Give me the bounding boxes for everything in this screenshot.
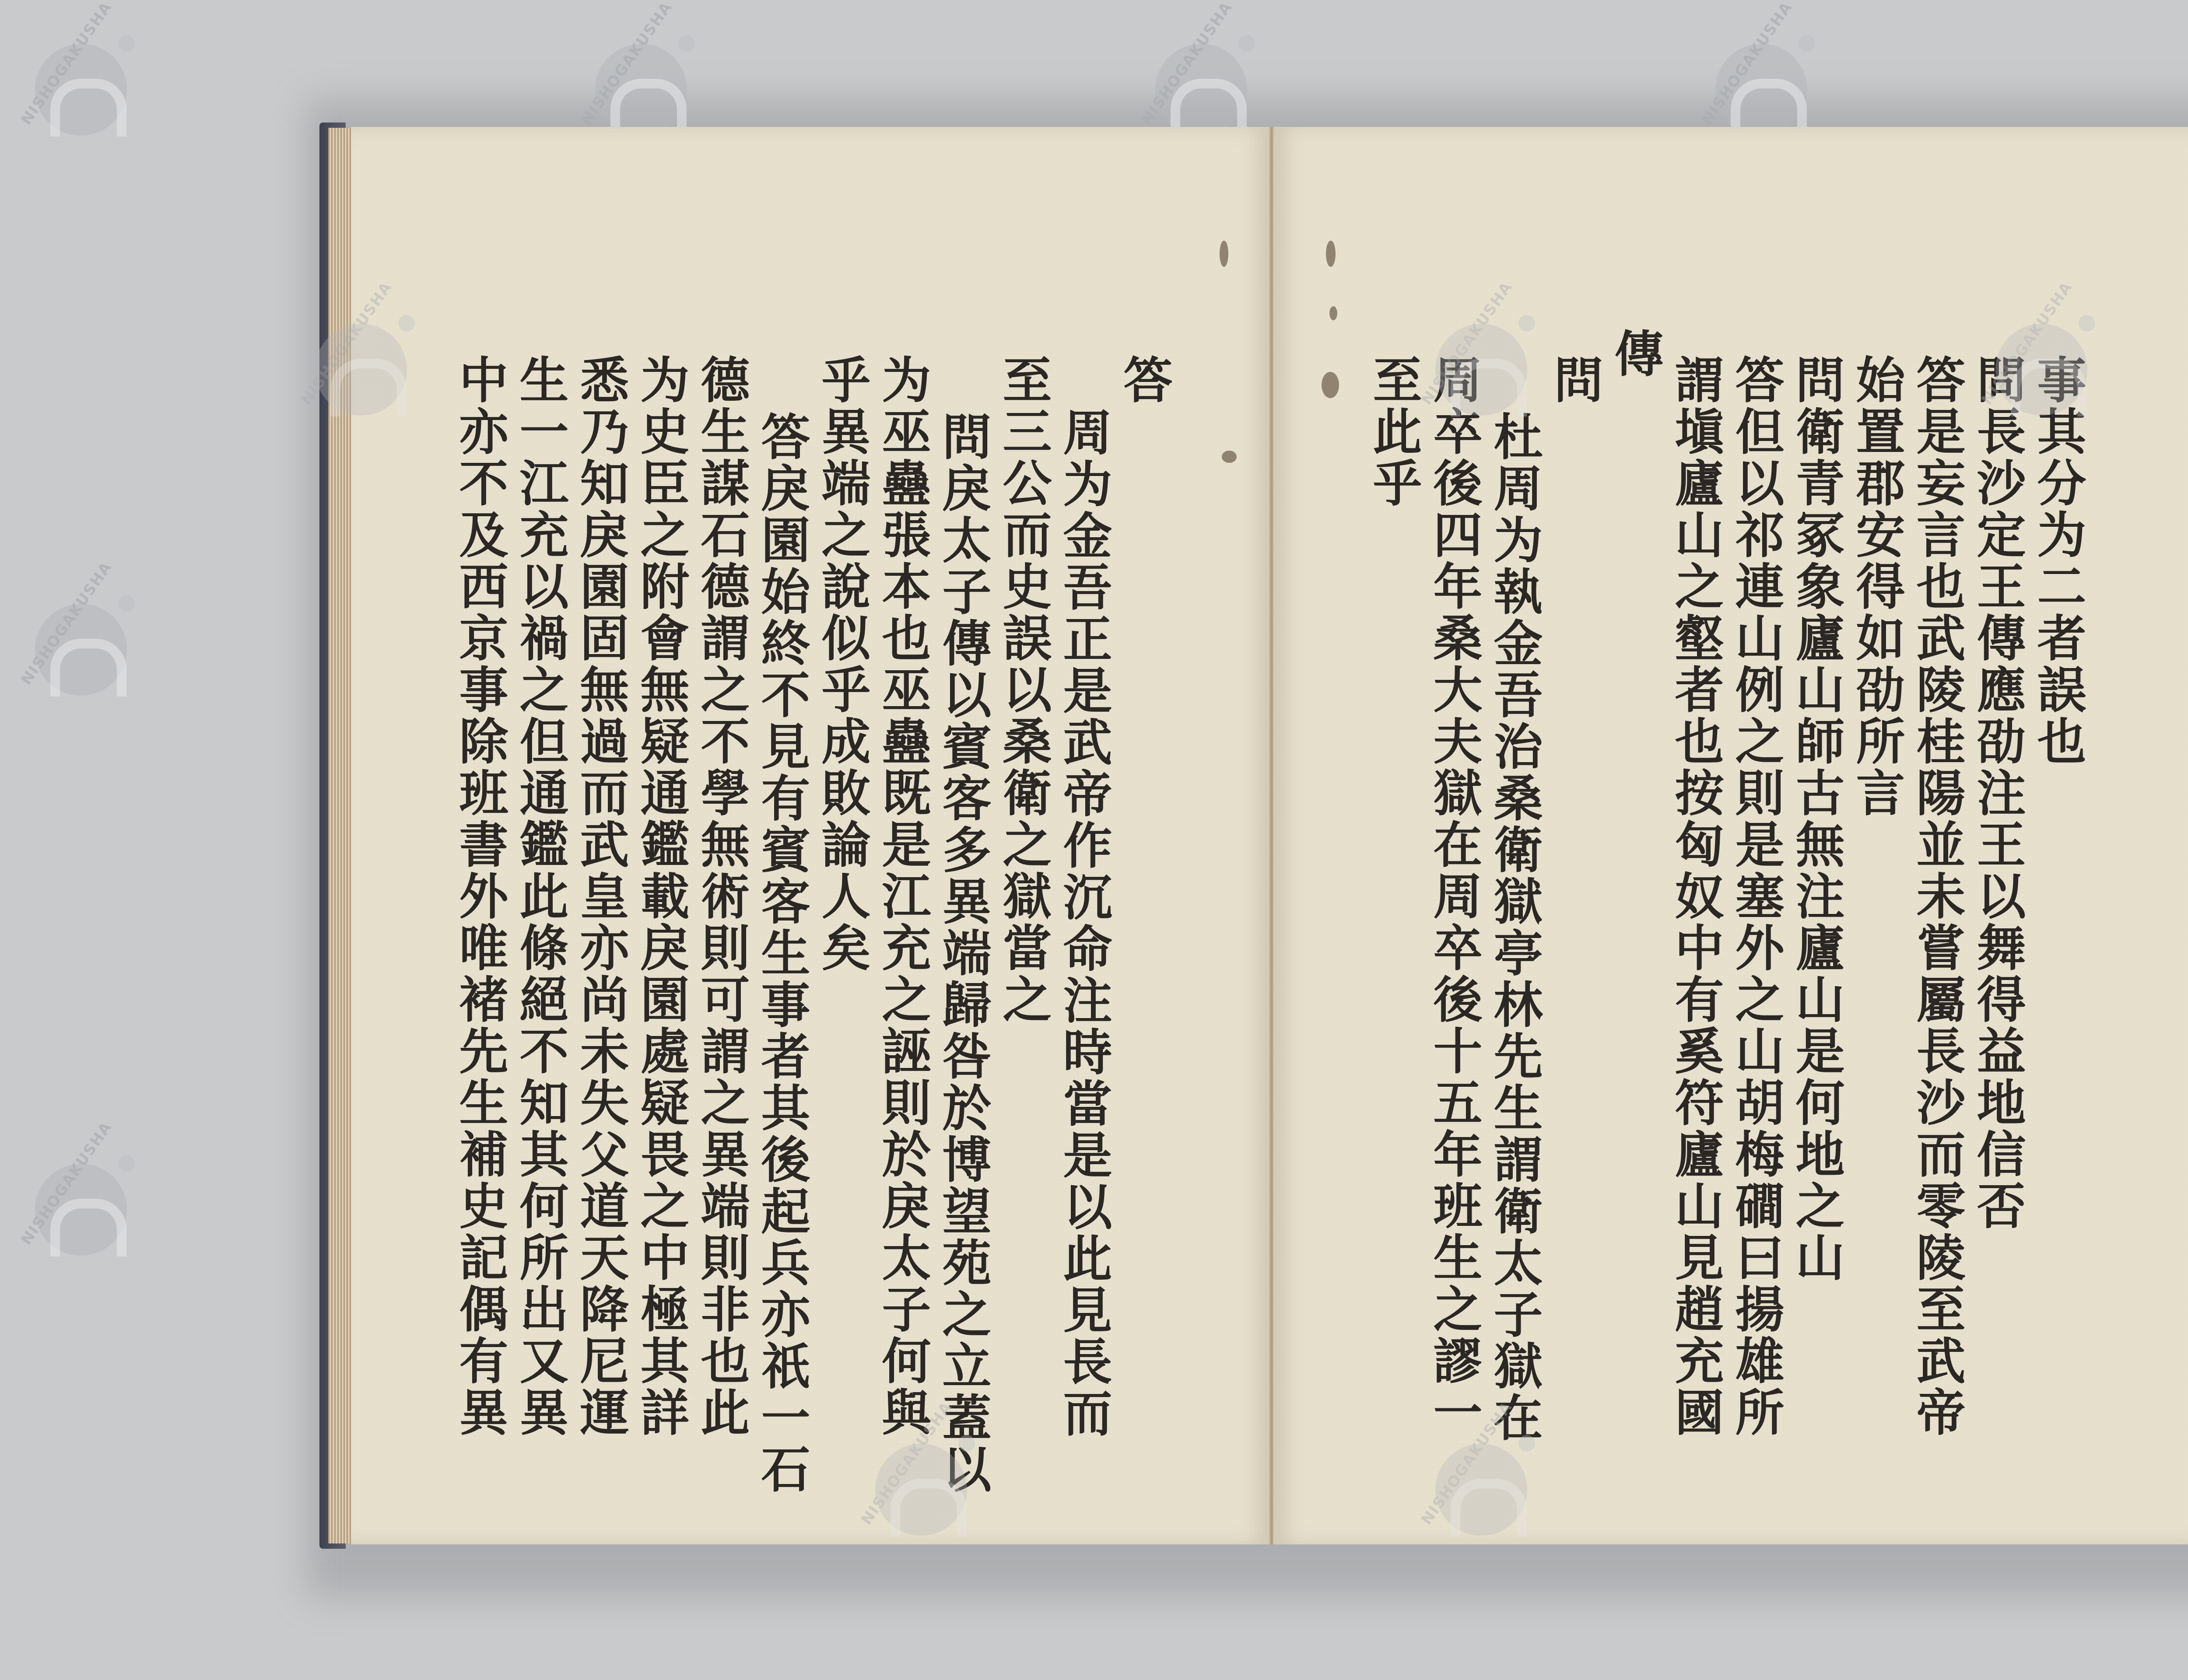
wormhole [1220, 241, 1228, 267]
watermark-dot [1799, 35, 1815, 52]
page-edges-left [328, 128, 352, 1543]
text-column: 答 [1116, 354, 1168, 1495]
text-column: 杜周为執金吾治桑衛獄亭林先生謂衛太子獄在 [1486, 354, 1539, 1444]
text-column: 至此乎 [1365, 354, 1418, 1444]
text-column: 答是妄言也武陵桂陽並未嘗屬長沙而零陵至武帝 [1909, 354, 1961, 1444]
text-column: 生一江充以禍之但通鑑此條絕不知其何所出又異 [512, 354, 565, 1495]
text-column: 事其分为二者誤也 [2030, 354, 2082, 1444]
left-page-text: 答 周为金吾正是武帝作沉命注時當是以此見長而 至三公而史誤以桑衛之獄當之 問戾太… [452, 354, 1168, 1495]
wormhole [1329, 306, 1337, 320]
text-column: 周为金吾正是武帝作沉命注時當是以此見長而 [1055, 311, 1108, 1495]
watermark-n-icon [50, 639, 126, 696]
text-column: 乎異端之說似乎成敗論人矣 [814, 354, 866, 1495]
text-column: 傳 [1607, 328, 1659, 1444]
text-column: 答但以祁連山例之則是塞外之山胡梅磵曰揚雄所 [1728, 354, 1780, 1444]
watermark-text: NISHOGAKUSHA [18, 0, 116, 128]
watermark-text: NISHOGAKUSHA [18, 559, 116, 688]
watermark-dot [678, 35, 695, 52]
text-column: 德生謀石德謂之不學無術則可謂之異端則非也此 [693, 354, 746, 1495]
watermark-dot [118, 1155, 135, 1172]
text-column: 問戾太子傳以賓客多異端歸咎於博望苑之立蓋以 [935, 354, 987, 1495]
right-page: 事其分为二者誤也 問長沙定王傳應劭注王以舞得益地信否 答是妄言也武陵桂陽並未嘗屬… [1273, 127, 2188, 1544]
right-page-text: 事其分为二者誤也 問長沙定王傳應劭注王以舞得益地信否 答是妄言也武陵桂陽並未嘗屬… [1365, 354, 2082, 1444]
watermark-n-icon [50, 1199, 126, 1256]
text-column: 为史臣之附會無疑通鑑載戾園處疑畏之中極其詳 [633, 354, 685, 1495]
watermark-dot [118, 35, 135, 52]
text-column: 問衛青冢象廬山師古無注廬山是何地之山 [1788, 354, 1841, 1444]
watermark-disc [35, 1164, 127, 1256]
text-column: 悉乃知戾園固無過而武皇亦尚未失父道天降尼運 [572, 354, 625, 1495]
watermark-disc [35, 44, 127, 136]
text-column: 問 [1546, 354, 1599, 1444]
watermark-logo: NISHOGAKUSHA [18, 1137, 149, 1269]
watermark-dot [1238, 35, 1255, 52]
text-column: 問長沙定王傳應劭注王以舞得益地信否 [1969, 354, 2022, 1444]
watermark-text: NISHOGAKUSHA [18, 1119, 116, 1248]
watermark-disc [35, 604, 127, 696]
text-column: 始置郡安得如劭所言 [1848, 354, 1901, 1444]
text-column: 答戾園始終不見有賓客生事者其後起兵亦祇一石 [754, 354, 806, 1495]
text-column: 至三公而史誤以桑衛之獄當之 [995, 354, 1048, 1495]
watermark-n-icon [50, 79, 126, 136]
left-page: 答 周为金吾正是武帝作沉命注時當是以此見長而 至三公而史誤以桑衛之獄當之 問戾太… [351, 127, 1270, 1544]
watermark-logo: NISHOGAKUSHA [18, 17, 149, 149]
watermark-logo: NISHOGAKUSHA [18, 577, 149, 709]
text-column: 周卒後四年桑大夫獄在周卒後十五年班生之謬一 [1426, 354, 1478, 1444]
text-column: 謂塡廬山之壑者也按匈奴中有奚符廬山見趙充國 [1667, 354, 1720, 1444]
text-column: 为巫蠱張本也巫蠱既是江充之誣則於戾太子何與 [874, 354, 927, 1495]
wormhole [1326, 241, 1336, 267]
text-column: 中亦不及西京事除班書外唯褚先生補史記偶有異 [452, 354, 504, 1495]
open-book: 答 周为金吾正是武帝作沉命注時當是以此見長而 至三公而史誤以桑衛之獄當之 問戾太… [319, 122, 2188, 1549]
watermark-dot [118, 595, 135, 612]
wormhole [1222, 451, 1237, 463]
wormhole [1322, 372, 1339, 398]
